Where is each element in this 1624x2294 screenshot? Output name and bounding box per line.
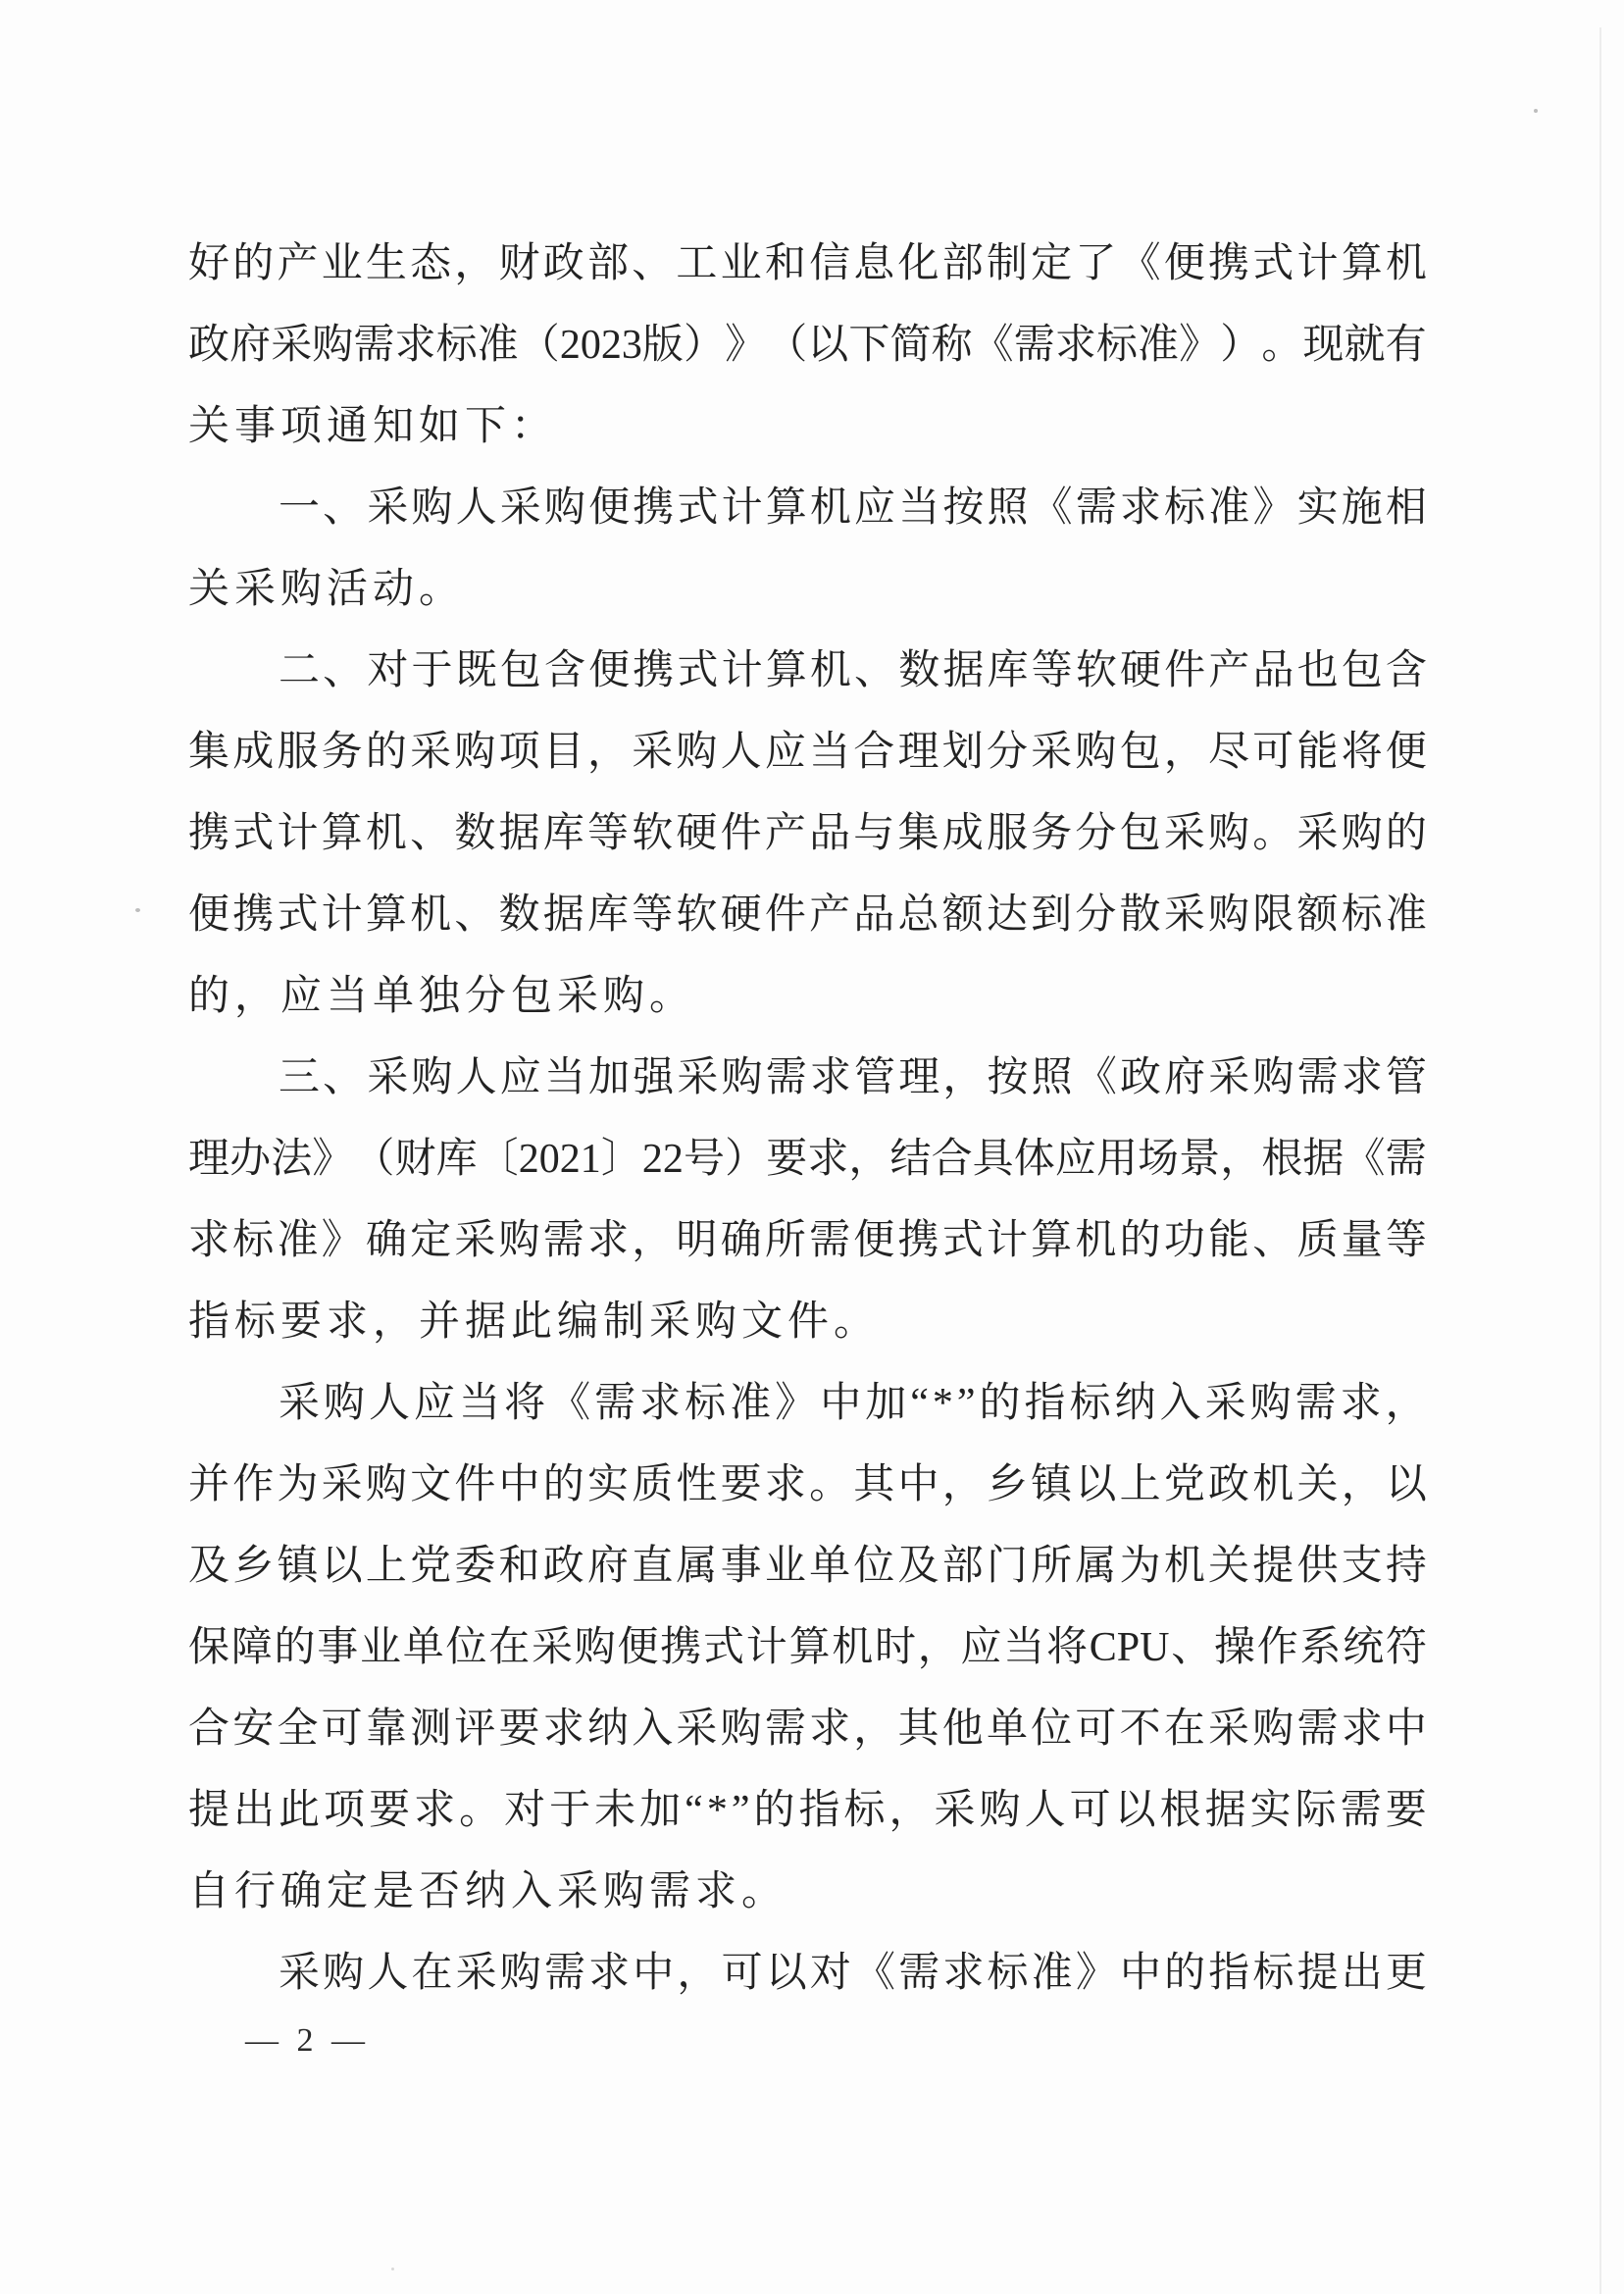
text-line: 自行确定是否纳入采购需求。 [188,1852,1427,1933]
text-line: 的，应当单独分包采购。 [188,956,1427,1038]
text-line: 便携式计算机、数据库等软硬件产品总额达到分散采购限额标准 [188,875,1427,956]
text-line: 好的产业生态，财政部、工业和信息化部制定了《便携式计算机 [188,224,1427,305]
text-line: 保障的事业单位在采购便携式计算机时，应当将CPU、操作系统符 [188,1607,1427,1689]
text-line: 并作为采购文件中的实质性要求。其中，乡镇以上党政机关，以 [188,1445,1427,1526]
text-line: 携式计算机、数据库等软硬件产品与集成服务分包采购。采购的 [188,793,1427,875]
text-line: 采购人在采购需求中，可以对《需求标准》中的指标提出更 [188,1933,1427,2014]
text-line: 二、对于既包含便携式计算机、数据库等软硬件产品也包含 [188,631,1427,712]
text-line: 指标要求，并据此编制采购文件。 [188,1282,1427,1363]
text-line: 求标准》确定采购需求，明确所需便携式计算机的功能、质量等 [188,1200,1427,1282]
text-line: 及乡镇以上党委和政府直属事业单位及部门所属为机关提供支持 [188,1526,1427,1607]
text-line: 采购人应当将《需求标准》中加“*”的指标纳入采购需求， [188,1363,1427,1445]
scan-artifact-speck [1534,109,1538,113]
document-body: 好的产业生态，财政部、工业和信息化部制定了《便携式计算机 政府采购需求标准（20… [188,224,1427,2014]
text-line: 理办法》（财库〔2021〕22号）要求，结合具体应用场景，根据《需 [188,1119,1427,1200]
document-page: 好的产业生态，财政部、工业和信息化部制定了《便携式计算机 政府采购需求标准（20… [0,0,1624,2294]
scan-artifact-speck [391,2268,394,2270]
page-number: — 2 — [245,2016,370,2065]
text-line: 关采购活动。 [188,549,1427,631]
text-line: 提出此项要求。对于未加“*”的指标，采购人可以根据实际需要 [188,1770,1427,1852]
text-line: 集成服务的采购项目，采购人应当合理划分采购包，尽可能将便 [188,712,1427,793]
text-line: 政府采购需求标准（2023版）》（以下简称《需求标准》）。现就有 [188,305,1427,386]
text-line: 三、采购人应当加强采购需求管理，按照《政府采购需求管 [188,1038,1427,1119]
text-line: 一、采购人采购便携式计算机应当按照《需求标准》实施相 [188,468,1427,549]
scan-artifact-line [1599,27,1601,2294]
scan-artifact-speck [135,908,140,912]
text-line: 合安全可靠测评要求纳入采购需求，其他单位可不在采购需求中 [188,1689,1427,1770]
text-line: 关事项通知如下： [188,386,1427,468]
